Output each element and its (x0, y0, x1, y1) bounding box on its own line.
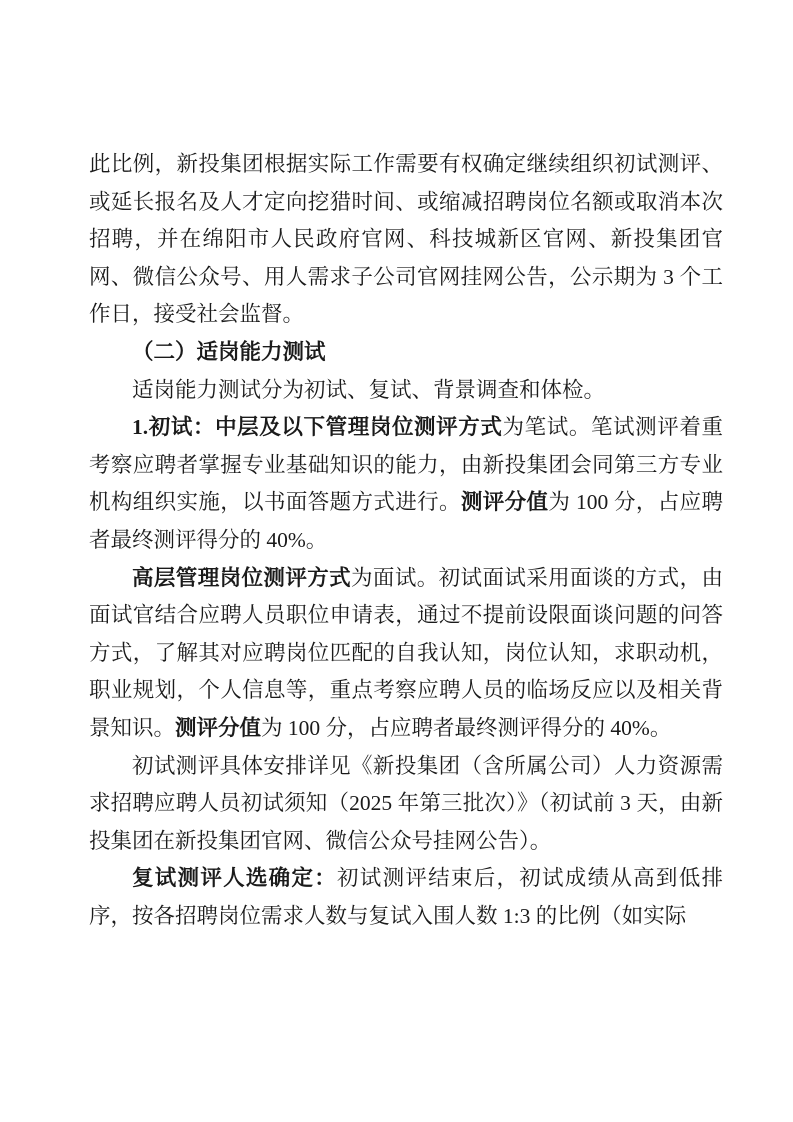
paragraph-retest-candidate-selection: 复试测评人选确定：初试测评结束后，初试成绩从高到低排序，按各招聘岗位需求人数与复… (89, 860, 723, 935)
text-run: 初试测评具体安排详见《新投集团（含所属公司）人力资源需求招聘应聘人员初试须知（2… (89, 754, 723, 853)
text-run-bold: 高层管理岗位测评方式 (132, 566, 351, 590)
document-page: 此比例，新投集团根据实际工作需要有权确定继续组织初试测评、或延长报名及人才定向挖… (0, 0, 793, 1122)
text-run-bold: （二）适岗能力测试 (132, 340, 326, 364)
paragraph-first-test-written: 1.初试：中层及以下管理岗位测评方式为笔试。笔试测评着重考察应聘者掌握专业基础知… (89, 409, 723, 559)
text-run: 为面试。初试面试采用面谈的方式，由面试官结合应聘人员职位申请表，通过不提前设限面… (89, 566, 723, 740)
text-run-bold: 测评分值 (175, 716, 261, 740)
paragraph-first-test-arrangement: 初试测评具体安排详见《新投集团（含所属公司）人力资源需求招聘应聘人员初试须知（2… (89, 748, 723, 861)
paragraph-senior-management-interview: 高层管理岗位测评方式为面试。初试面试采用面谈的方式，由面试官结合应聘人员职位申请… (89, 560, 723, 748)
heading-section-2-aptitude-test: （二）适岗能力测试 (89, 334, 723, 372)
text-run: 为 100 分，占应聘者最终测评得分的 40%。 (261, 716, 671, 740)
text-run: 此比例，新投集团根据实际工作需要有权确定继续组织初试测评、或延长报名及人才定向挖… (89, 152, 723, 326)
text-run-bold: 1.初试：中层及以下管理岗位测评方式 (132, 415, 503, 439)
paragraph-test-overview: 适岗能力测试分为初试、复试、背景调查和体检。 (89, 372, 723, 410)
paragraph-continuation-publicity: 此比例，新投集团根据实际工作需要有权确定继续组织初试测评、或延长报名及人才定向挖… (89, 146, 723, 334)
text-run-bold: 测评分值 (461, 490, 549, 514)
text-run-bold: 复试测评人选确定： (132, 866, 337, 890)
text-run: 适岗能力测试分为初试、复试、背景调查和体检。 (132, 378, 605, 402)
document-body: 此比例，新投集团根据实际工作需要有权确定继续组织初试测评、或延长报名及人才定向挖… (89, 146, 723, 935)
